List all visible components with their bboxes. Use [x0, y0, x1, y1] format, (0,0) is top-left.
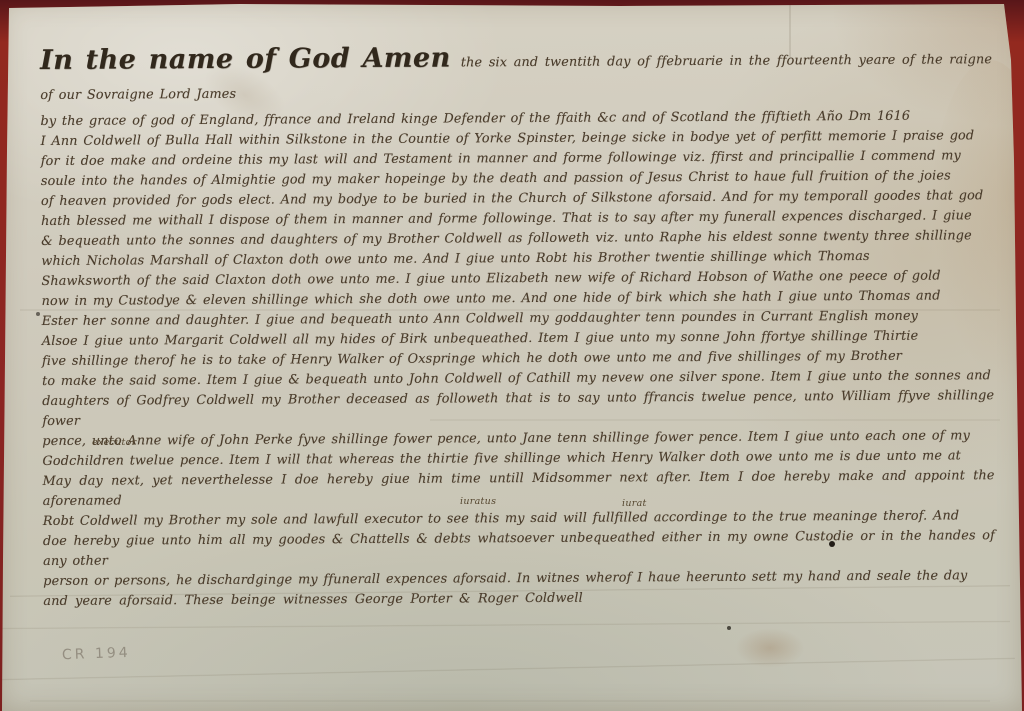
interlined-annotation: iuratus — [460, 497, 496, 507]
manuscript-line: doe hereby giue unto him all my goodes &… — [43, 526, 995, 572]
stain — [735, 628, 805, 668]
pencil-shelfmark: CR 194 — [62, 645, 131, 663]
manuscript-line: daughters of Godfrey Coldwell my Brother… — [42, 386, 994, 432]
backing-board: In the name of God Amenthe six and twent… — [0, 0, 1024, 711]
parchment: In the name of God Amenthe six and twent… — [0, 0, 1024, 711]
fold-crease — [30, 700, 990, 702]
manuscript-line: In the name of God Amenthe six and twent… — [40, 40, 992, 111]
ink-spot — [36, 312, 40, 316]
interlined-annotation: executor — [92, 438, 137, 448]
manuscript-line: May day next, yet neverthelesse I doe he… — [43, 466, 995, 512]
fold-crease — [0, 620, 1010, 629]
interlined-annotation: iurat — [622, 499, 647, 509]
fold-crease — [0, 657, 1015, 680]
manuscript-body: In the name of God Amenthe six and twent… — [40, 40, 995, 612]
opening-words: In the name of God Amen — [40, 42, 451, 76]
ink-spot — [727, 626, 731, 630]
